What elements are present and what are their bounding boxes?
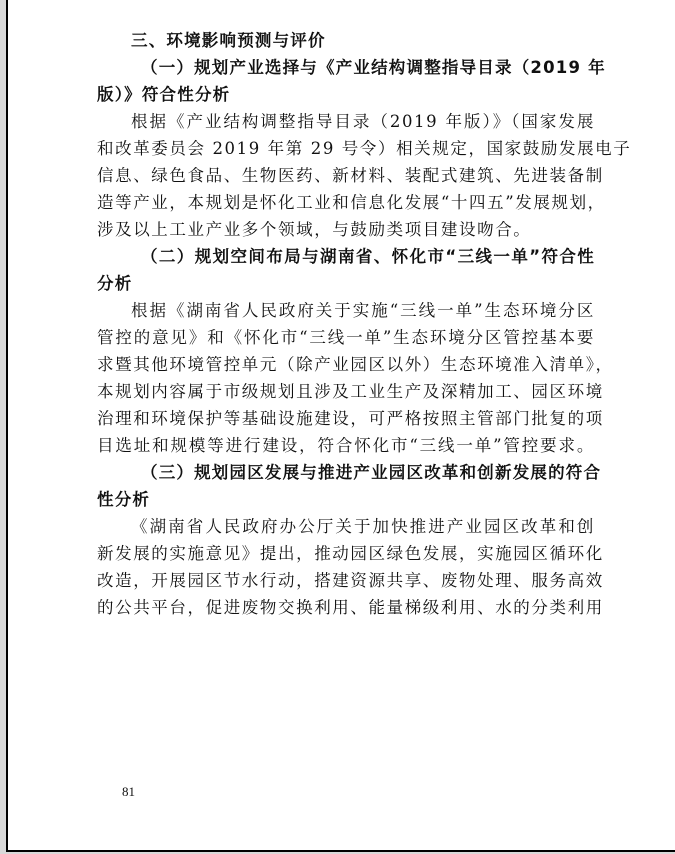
subsection-1-title-line-2: 版）》符合性分析 [97,81,595,108]
page-number: 81 [122,784,135,800]
subsection-2-title-line-2: 分析 [97,270,595,297]
subsection-2-body-line-4: 本规划内容属于市级规划且涉及工业生产及深精加工、园区环境 [97,378,595,405]
subsection-3-title-line-2: 性分析 [97,486,595,513]
subsection-2-title-line-1: （二）规划空间布局与湖南省、怀化市“三线一单”符合性 [97,243,595,270]
subsection-3-body-line-1: 《湖南省人民政府办公厅关于加快推进产业园区改革和创 [97,513,595,540]
subsection-2-body-line-2: 管控的意见》和《怀化市“三线一单”生态环境分区管控基本要 [97,324,595,351]
subsection-2-body-line-5: 治理和环境保护等基础设施建设，可严格按照主管部门批复的项 [97,405,595,432]
subsection-1-body-line-5: 涉及以上工业产业多个领域，与鼓励类项目建设吻合。 [97,216,595,243]
subsection-3-body-line-4: 的公共平台，促进废物交换利用、能量梯级利用、水的分类利用 [97,594,595,621]
subsection-1-body-line-2: 和改革委员会 2019 年第 29 号令）相关规定，国家鼓励发展电子 [97,135,595,162]
subsection-2-body-line-1: 根据《湖南省人民政府关于实施“三线一单”生态环境分区 [97,297,595,324]
subsection-1-body-line-4: 造等产业，本规划是怀化工业和信息化发展“十四五”发展规划， [97,189,595,216]
subsection-1-body-line-1: 根据《产业结构调整指导目录（2019 年版）》（国家发展 [97,108,595,135]
subsection-3-body-line-2: 新发展的实施意见》提出，推动园区绿色发展，实施园区循环化 [97,540,595,567]
subsection-1-body-line-3: 信息、绿色食品、生物医药、新材料、装配式建筑、先进装备制 [97,162,595,189]
subsection-2-body-line-6: 目选址和规模等进行建设，符合怀化市“三线一单”管控要求。 [97,432,595,459]
subsection-3-body-line-3: 改造，开展园区节水行动，搭建资源共享、废物处理、服务高效 [97,567,595,594]
document-page: 三、环境影响预测与评价 （一）规划产业选择与《产业结构调整指导目录（2019 年… [6,0,675,852]
page-content: 三、环境影响预测与评价 （一）规划产业选择与《产业结构调整指导目录（2019 年… [97,27,595,621]
subsection-1-title-line-1: （一）规划产业选择与《产业结构调整指导目录（2019 年 [97,54,595,81]
subsection-2-body-line-3: 求暨其他环境管控单元（除产业园区以外）生态环境准入清单》， [97,351,595,378]
subsection-3-title-line-1: （三）规划园区发展与推进产业园区改革和创新发展的符合 [97,459,595,486]
section-heading: 三、环境影响预测与评价 [97,27,595,54]
